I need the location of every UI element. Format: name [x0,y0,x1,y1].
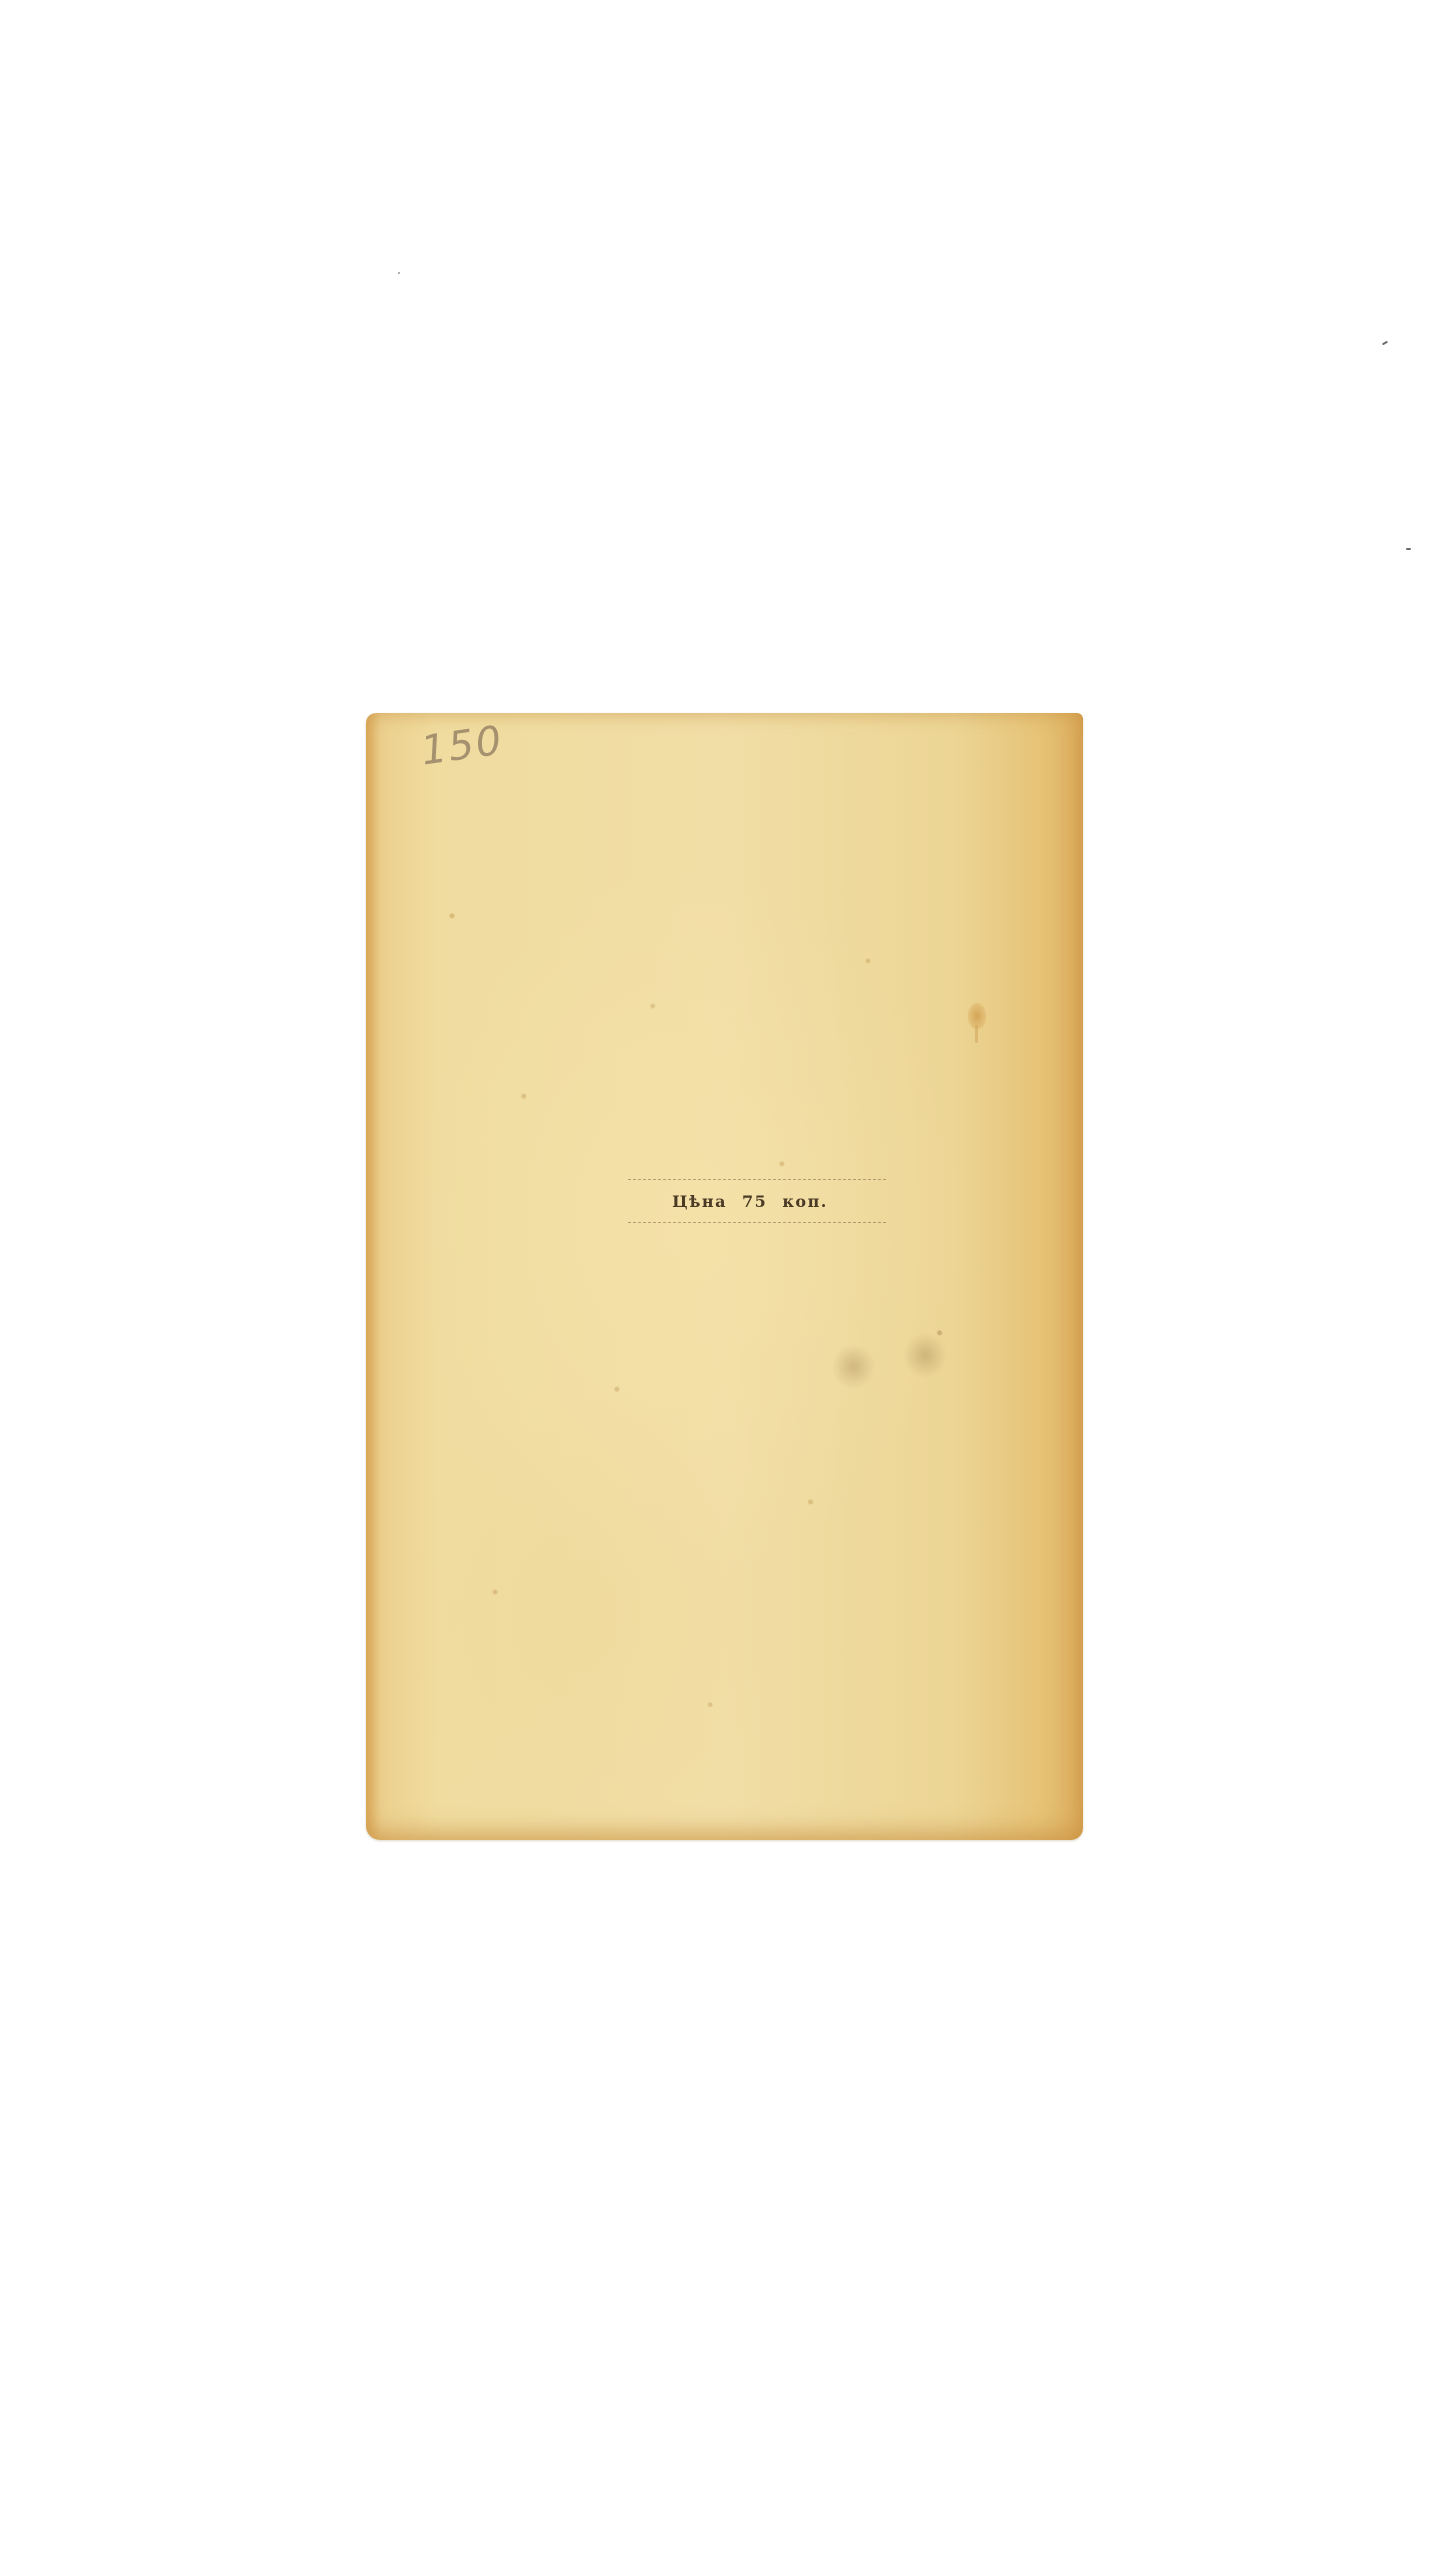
paper-document: 150 Цѣна 75 коп. [366,713,1083,1840]
dust-speck [398,272,400,274]
price-label-box: Цѣна 75 коп. [614,1179,886,1223]
handwritten-number: 150 [418,717,506,774]
dust-speck [1382,341,1388,346]
stain-mark [968,1003,986,1029]
dust-speck [1406,548,1411,550]
price-text: Цѣна 75 коп. [672,1192,828,1211]
